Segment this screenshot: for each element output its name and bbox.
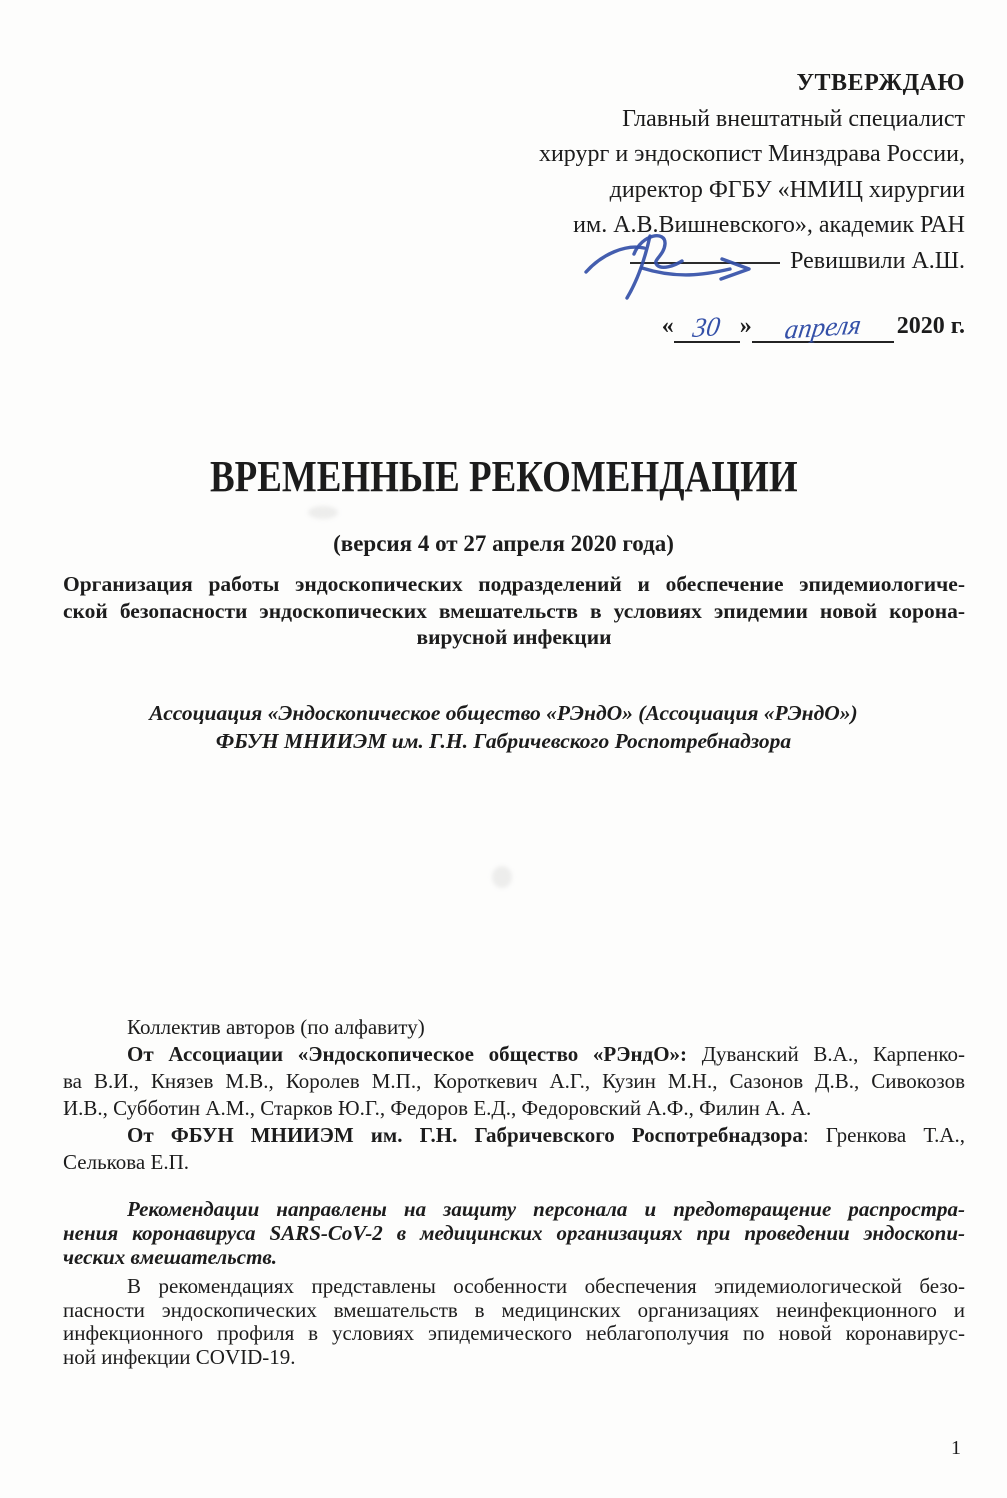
- author-group-label: От ФБУН МНИИЭМ им. Г.Н. Габричевского Ро…: [127, 1123, 803, 1147]
- authors-intro: Коллектив авторов (по алфавиту): [63, 1014, 965, 1041]
- author-group-label: От Ассоциации «Эндоскопическое общество …: [127, 1042, 687, 1066]
- subject-line: ской безопасности эндоскопических вмешат…: [63, 598, 965, 625]
- approval-line: директор ФГБУ «НМИЦ хирургии: [539, 173, 965, 209]
- page-number: 1: [951, 1437, 961, 1460]
- abstract-body: В рекомендациях представлены особенности…: [63, 1275, 965, 1369]
- signee-name: Ревишвили А.Ш.: [790, 248, 965, 274]
- approval-line: хирург и эндоскопист Минздрава России,: [539, 137, 965, 173]
- author-names: Селькова Е.П.: [63, 1149, 965, 1176]
- date-month-blank: апреля: [752, 309, 894, 343]
- handwritten-month: апреля: [783, 309, 863, 345]
- body-line: ной инфекции COVID-19.: [63, 1346, 965, 1370]
- author-group-line: От Ассоциации «Эндоскопическое общество …: [63, 1041, 965, 1068]
- signature-icon: [582, 226, 778, 306]
- date-open-quote: «: [662, 313, 674, 339]
- date-close-quote: »: [740, 313, 752, 339]
- body-line: пасности эндоскопических вмешательств в …: [63, 1299, 965, 1323]
- scan-artifact: [492, 866, 512, 888]
- authors-block: Коллектив авторов (по алфавиту) От Ассоц…: [63, 1014, 965, 1176]
- approval-heading: УТВЕРЖДАЮ: [539, 66, 965, 102]
- body-line: инфекционного профиля в условиях эпидеми…: [63, 1322, 965, 1346]
- subject-line: вирусной инфекции: [63, 624, 965, 651]
- emphasis-line: Рекомендации направлены на защиту персон…: [63, 1197, 965, 1221]
- body-line: В рекомендациях представлены особенности…: [63, 1275, 965, 1299]
- approval-line: Главный внештатный специалист: [539, 102, 965, 138]
- version-subtitle: (версия 4 от 27 апреля 2020 года): [0, 531, 1007, 557]
- emphasis-line: нения коронавируса SARS-CoV-2 в медицинс…: [63, 1221, 965, 1245]
- author-names: Дуванский В.А., Карпенко-: [687, 1042, 965, 1066]
- abstract-emphasis: Рекомендации направлены на защиту персон…: [63, 1197, 965, 1270]
- organization-line: ФБУН МНИИЭМ им. Г.Н. Габричевского Роспо…: [0, 728, 1007, 756]
- scan-artifact: [308, 506, 338, 519]
- author-group-line: От ФБУН МНИИЭМ им. Г.Н. Габричевского Ро…: [63, 1122, 965, 1149]
- author-names: ва В.И., Князев М.В., Королев М.П., Коро…: [63, 1068, 965, 1095]
- author-names: : Гренкова Т.А.,: [803, 1123, 965, 1147]
- document-page: УТВЕРЖДАЮ Главный внештатный специалист …: [0, 0, 1007, 1498]
- emphasis-line: ческих вмешательств.: [63, 1245, 965, 1269]
- page-title-text: ВРЕМЕННЫЕ РЕКОМЕНДАЦИИ: [210, 451, 798, 502]
- page-title: ВРЕМЕННЫЕ РЕКОМЕНДАЦИИ: [0, 451, 1007, 502]
- handwritten-day: 30: [691, 311, 722, 343]
- organization-line: Ассоциация «Эндоскопическое общество «РЭ…: [0, 700, 1007, 728]
- approval-date: «30»апреля2020 г.: [539, 309, 965, 345]
- date-year: 2020 г.: [897, 313, 965, 339]
- subject-heading: Организация работы эндоскопических подра…: [63, 571, 965, 651]
- organizations-block: Ассоциация «Эндоскопическое общество «РЭ…: [0, 700, 1007, 755]
- author-names: И.В., Субботин А.М., Старков Ю.Г., Федор…: [63, 1095, 965, 1122]
- date-day-blank: 30: [674, 309, 740, 343]
- subject-line: Организация работы эндоскопических подра…: [63, 571, 965, 598]
